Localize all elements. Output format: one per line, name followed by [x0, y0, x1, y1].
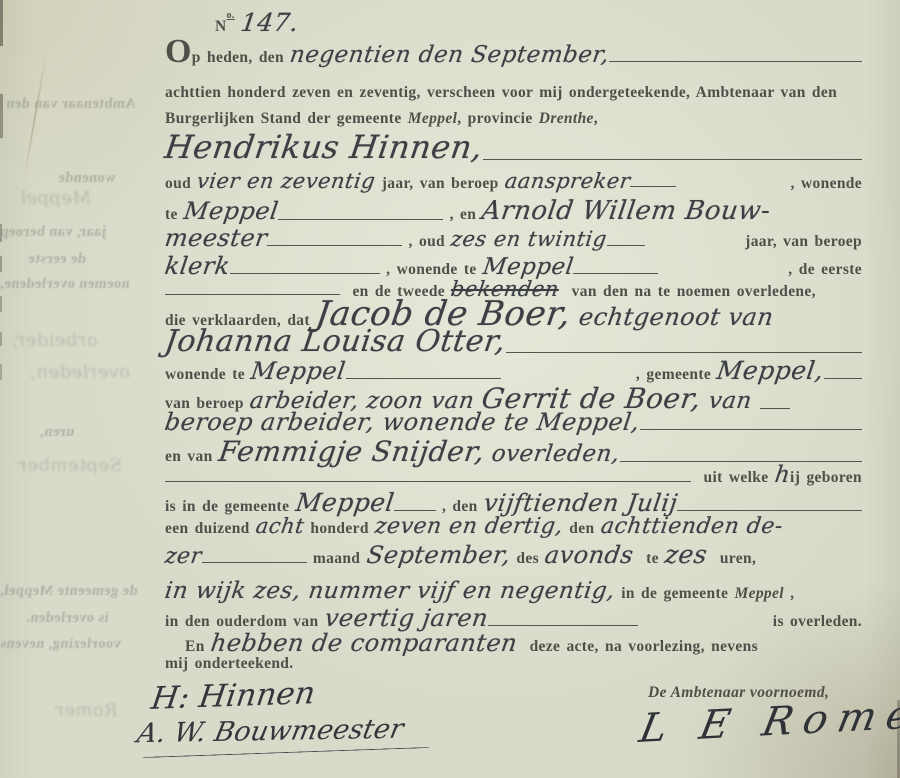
page-edge-mark — [0, 296, 2, 312]
fill-in-rule — [573, 271, 658, 274]
doc-line-23: mij onderteekend. — [165, 655, 862, 673]
printed-text: te — [165, 206, 184, 224]
bleedthrough-text: overleden, — [29, 362, 131, 383]
doc-line-7: meester , oud zes en twintig jaar, van b… — [165, 224, 862, 252]
handwritten-text: aanspreker — [503, 169, 632, 193]
printed-text: een duizend — [165, 520, 256, 538]
handwritten-text: September, — [365, 541, 513, 569]
bleedthrough-text: uren, — [39, 424, 75, 441]
handwritten-text: Arnold Willem Bouw- — [480, 196, 773, 226]
fill-in-rule — [230, 271, 380, 274]
doc-line-6: te Meppel , en Arnold Willem Bouw- — [165, 196, 862, 226]
fill-in-rule — [165, 479, 691, 482]
doc-line-22: En hebben de comparanten deze acte, na v… — [185, 629, 862, 657]
printed-text: p heden, den — [192, 49, 290, 67]
witness-signature-1: H: Hinnen — [149, 675, 318, 717]
page-edge-mark — [0, 364, 2, 380]
doc-line-0: No. 147. — [215, 8, 862, 37]
printed-text: , provincie — [457, 110, 539, 128]
handwritten-text: 147. — [239, 8, 301, 37]
printed-text: Burgerlijken Stand der gemeente — [165, 110, 408, 128]
bleedthrough-text: de gemeente Meppel, — [0, 583, 139, 600]
printed-text: , — [784, 585, 794, 603]
printed-text: achttien honderd zeven en zeventig, vers… — [165, 84, 837, 102]
fill-in-rule — [677, 508, 862, 511]
witness-signature-2: A. W. Bouwmeester — [135, 714, 407, 750]
bleedthrough-text: de eerste — [27, 251, 87, 268]
signature-flourish — [142, 747, 430, 758]
page-edge-mark — [0, 94, 3, 138]
printed-text: in de gemeente — [615, 585, 735, 603]
fill-in-rule — [488, 623, 638, 626]
handwritten-text: vijftienden Julij — [482, 489, 679, 517]
handwritten-text: Meppel, — [715, 356, 826, 385]
doc-line-19: zer maand September, des avonds te zes u… — [165, 540, 862, 569]
doc-line-11: Johanna Louisa Otter, — [165, 324, 862, 359]
handwritten-text: Hendrikus Hinnen, — [162, 128, 485, 166]
page-edge-mark — [0, 0, 3, 46]
doc-line-8: klerk , wonende te Meppel , de eerste — [165, 252, 862, 280]
doc-line-16: uit welke hij geboren — [165, 462, 862, 488]
printed-text: te — [634, 550, 665, 568]
printed-text: den — [563, 520, 601, 538]
bleedthrough-text: September — [17, 455, 123, 476]
bleedthrough-text: arbeider, — [11, 330, 99, 351]
handwritten-text: klerk — [163, 252, 232, 280]
doc-line-21: in den ouderdom van veertig jaren is ove… — [165, 604, 862, 632]
paper-crease — [23, 53, 47, 181]
bleedthrough-text: Meppel — [19, 188, 92, 209]
printed-text: Drenthe — [539, 110, 594, 128]
doc-line-18: een duizend acht honderd zeven en dertig… — [165, 514, 862, 539]
doc-line-14: beroep arbeider, wonende te Meppel, — [165, 408, 862, 436]
handwritten-text: zeven en dertig, — [373, 514, 564, 539]
fill-in-rule — [607, 243, 645, 246]
printed-text: N — [215, 18, 227, 36]
handwritten-text: meester — [163, 224, 269, 252]
handwritten-text: zer — [163, 544, 203, 569]
handwritten-text: acht — [254, 514, 306, 538]
printed-text: uren, — [707, 550, 756, 568]
bleedthrough-text: is overleden. — [25, 610, 109, 627]
bleedthrough-text: Romer — [54, 700, 119, 721]
handwritten-text: Meppel — [293, 488, 395, 517]
fill-in-rule — [506, 350, 862, 353]
fill-in-rule — [267, 243, 402, 246]
printed-text: jaar, van beroep — [739, 233, 862, 251]
doc-line-4: Hendrikus Hinnen, — [165, 128, 862, 166]
printed-text: des — [510, 550, 545, 568]
bleedthrough-text: Ambtenaar van den — [5, 96, 137, 113]
printed-text: En — [185, 638, 211, 656]
page-edge-mark — [0, 332, 2, 346]
printed-text: jaar, van beroep — [376, 175, 505, 193]
fill-in-rule — [394, 508, 436, 511]
bleedthrough-text: noemen overledene, — [0, 276, 131, 293]
handwritten-text: Meppel — [182, 197, 280, 225]
fill-in-rule — [630, 184, 676, 187]
bleedthrough-text: jaar, van beroep — [0, 224, 108, 241]
printed-text: mij onderteekend. — [165, 655, 294, 673]
printed-text: , oud — [402, 233, 451, 251]
handwritten-text: achttienden de- — [599, 514, 784, 539]
printed-text: oud — [165, 175, 197, 193]
doc-line-20: in wijk zes, nummer vijf en negentig, in… — [165, 578, 862, 604]
doc-line-12: wonende te Meppel , gemeente Meppel, — [165, 356, 862, 385]
printed-text: honderd — [304, 520, 375, 538]
page-edge-mark — [0, 256, 2, 272]
printed-text: o. — [227, 10, 235, 21]
fill-in-rule — [483, 157, 862, 160]
fill-in-rule — [824, 376, 862, 379]
doc-line-17: is in de gemeente Meppel , den vijftiend… — [165, 488, 862, 517]
printed-text: ij geboren — [790, 469, 862, 487]
handwritten-text: in wijk zes, nummer vijf en negentig, — [163, 578, 617, 604]
handwritten-text: hebben de comparanten — [209, 629, 519, 657]
printed-text: Meppel — [734, 585, 783, 603]
doc-line-5: oud vier en zeventig jaar, van beroep aa… — [165, 169, 862, 193]
handwritten-text: avonds — [543, 541, 635, 569]
printed-text: , — [594, 110, 598, 128]
handwritten-text: veertig jaren — [323, 604, 490, 632]
fill-in-rule — [640, 427, 862, 430]
handwritten-text: Johanna Louisa Otter, — [163, 324, 509, 359]
fill-in-rule — [346, 376, 501, 379]
printed-text: , wonende — [791, 175, 862, 193]
doc-line-1: Op heden, den negentien den September, — [165, 42, 862, 68]
bleedthrough-text: wonende — [57, 170, 116, 187]
doc-line-3: Burgerlijken Stand der gemeente Meppel, … — [165, 110, 862, 128]
printed-text: Meppel — [408, 110, 457, 128]
handwritten-text: beroep arbeider, wonende te Meppel, — [163, 408, 642, 436]
printed-text: uit welke — [691, 469, 775, 487]
fill-in-rule — [278, 217, 443, 220]
bleedthrough-text: voorlezing, nevens — [0, 636, 122, 653]
printed-text: maand — [307, 550, 367, 568]
death-certificate: Ambtenaar van denwonendejaar, van beroep… — [0, 0, 900, 778]
fill-in-rule — [609, 59, 862, 62]
doc-line-2: achttien honderd zeven en zeventig, vers… — [165, 84, 862, 102]
fill-in-rule — [202, 560, 307, 563]
handwritten-text: negentien den September, — [288, 42, 611, 68]
handwritten-text: h — [773, 462, 792, 488]
handwritten-text: vier en zeventig — [196, 169, 378, 193]
handwritten-text: zes en twintig — [450, 227, 609, 251]
printed-text: deze acte, na voorlezing, nevens — [517, 638, 758, 656]
printed-text: , en — [443, 206, 482, 224]
handwritten-text: zes — [663, 540, 709, 569]
handwritten-text: Meppel — [249, 357, 347, 385]
printed-text: O — [165, 42, 192, 62]
